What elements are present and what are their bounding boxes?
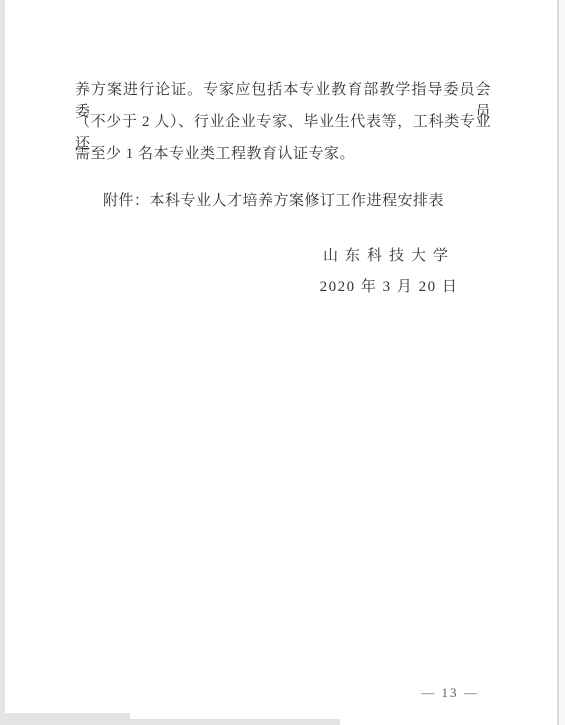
signature-date: 2020 年 3 月 20 日 — [250, 275, 528, 296]
paragraph-line-3: 需至少 1 名本专业类工程教育认证专家。 — [75, 143, 491, 165]
signature-block: 山东科技大学 2020 年 3 月 20 日 — [250, 244, 528, 294]
scan-edge-left — [0, 0, 5, 714]
document-page: 养方案进行论证。专家应包括本专业教育部教学指导委员会委员 （不少于 2 人）、行… — [0, 0, 565, 725]
scan-edge-right-outer — [559, 0, 565, 725]
scan-edge-bottom — [0, 719, 340, 725]
signature-organization: 山东科技大学 — [250, 244, 528, 265]
attachment-reference: 附件：本科专业人才培养方案修订工作进程安排表 — [103, 190, 523, 212]
page-number: — 13 — — [400, 685, 500, 701]
